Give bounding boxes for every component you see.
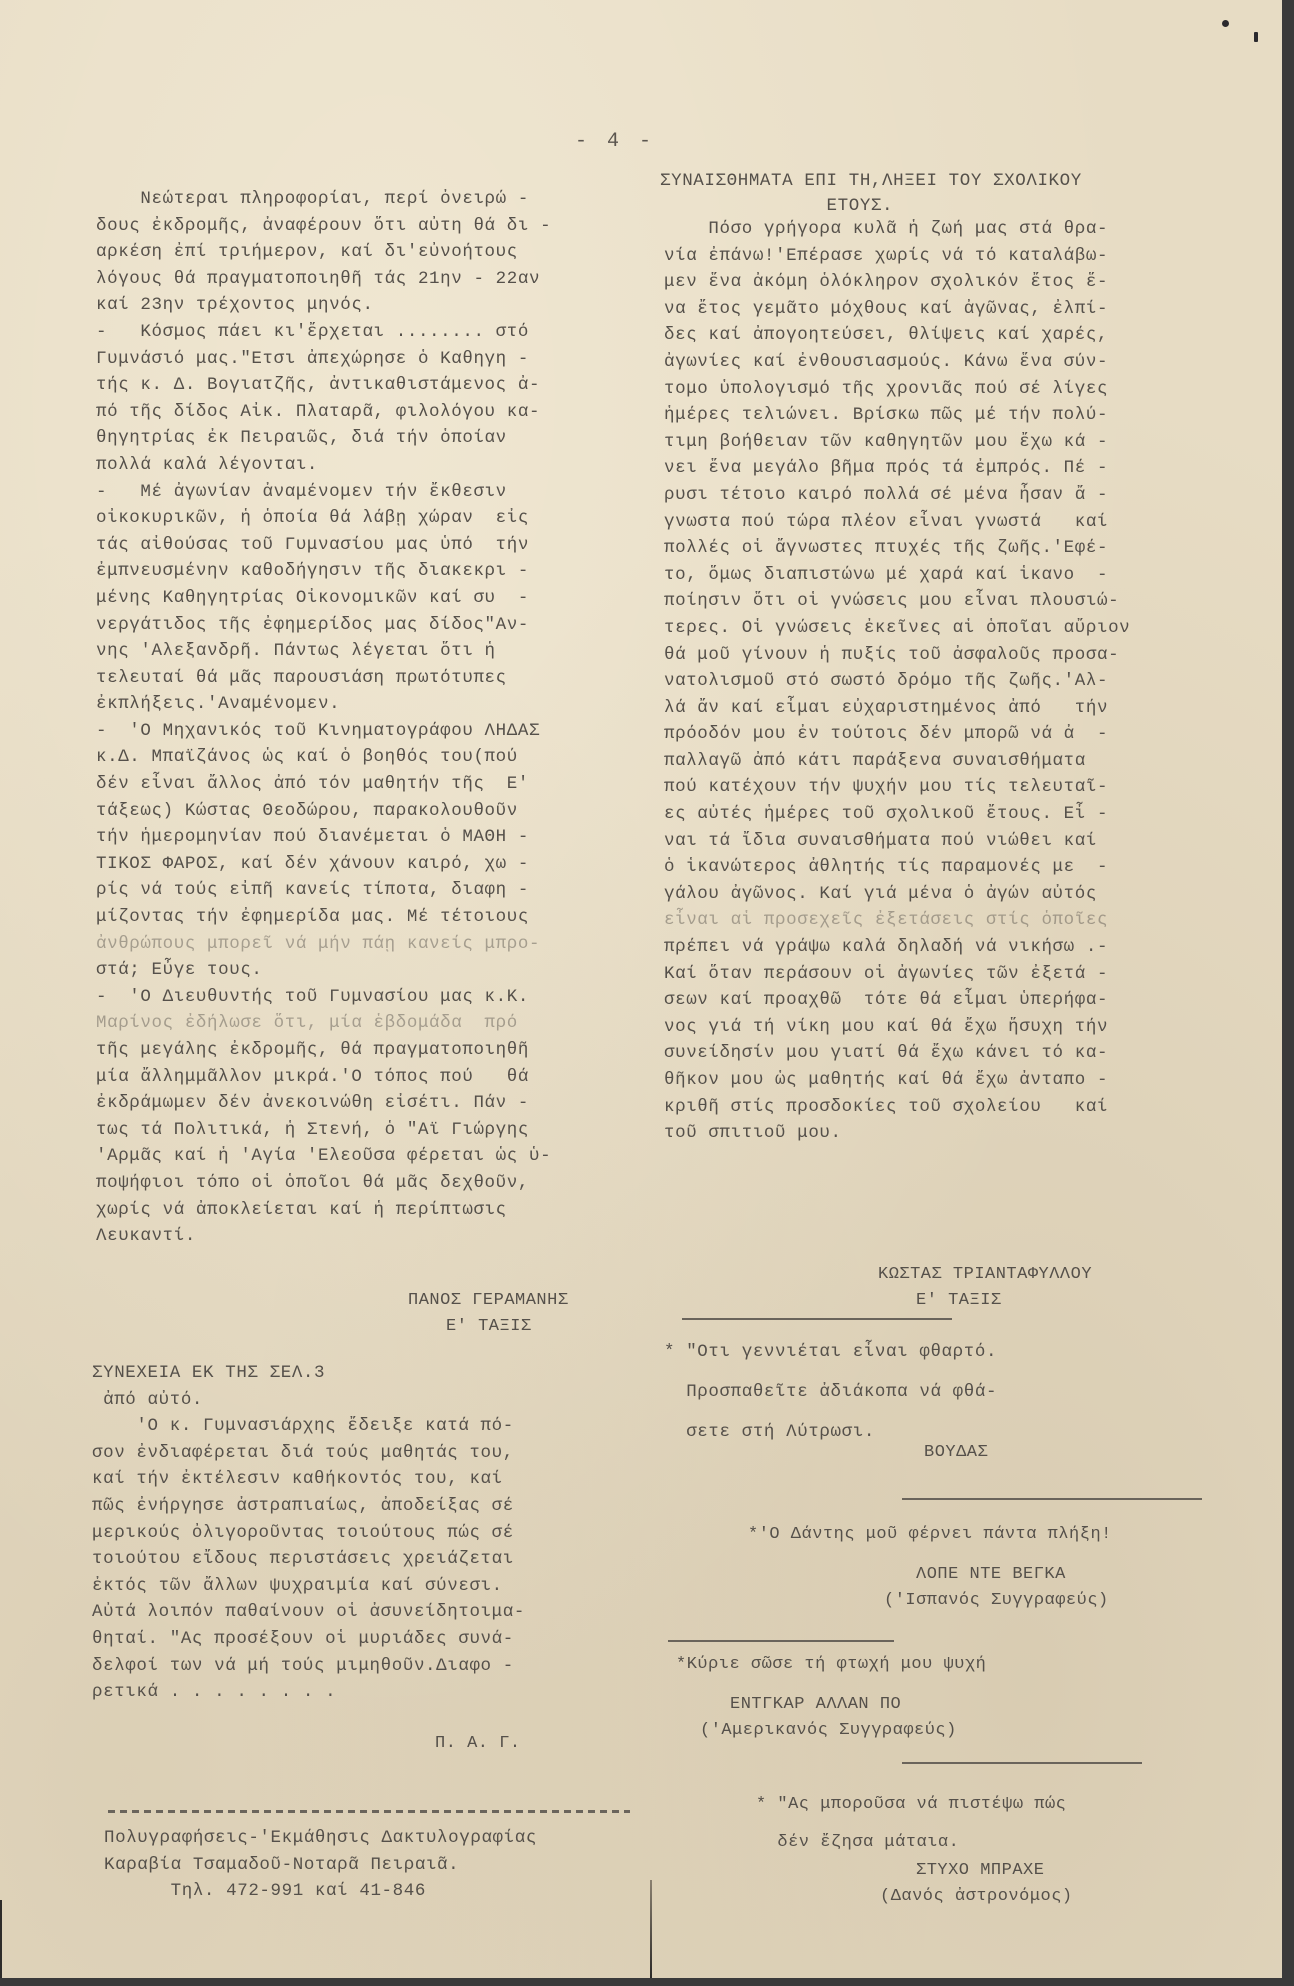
text-line: στά; Εὖγε τους. (96, 957, 636, 984)
text-line: 'Ο κ. Γυμνασιάρχης ἔδειξε κατά πό- (92, 1413, 632, 1440)
text-line: πού κατέχουν τήν ψυχήν μου τίς τελευταῖ- (664, 774, 1224, 801)
essay-title-line: ΣΥΝΑΙΣΘΗΜΑΤΑ ΕΠΙ ΤΗ,ΛΗΞΕΙ ΤΟΥ ΣΧΟΛΙΚΟΥ (660, 168, 1082, 195)
continuation-article: ΣΥΝΕΧΕΙΑ ΕΚ ΤΗΣ ΣΕΛ.3 ἀπό αὐτό. 'Ο κ. Γυ… (92, 1360, 632, 1706)
text-line: δελφοί των νά μή τούς μιμηθοῦν.Διαφο - (92, 1653, 632, 1680)
text-line: ες αὐτές ἡμέρες τοῦ σχολικοῦ ἔτους. Εἶ - (664, 801, 1224, 828)
page-number: - 4 - (575, 130, 655, 153)
text-line: ἐκτός τῶν ἄλλων ψυχραιμία καί σύνεσι. (92, 1573, 632, 1600)
essay-signature: ΚΩΣΤΑΣ ΤΡΙΑΝΤΑΦΥΛΛΟΥ Ε' ΤΑΞΙΣ (878, 1262, 1092, 1314)
text-line: τοῦ σπιτιοῦ μου. (664, 1120, 1224, 1147)
text-line: δους ἐκδρομῆς, ἀναφέρουν ὅτι αὐτη θά δι … (96, 213, 636, 240)
quote-author: ΣΤΥΧΟ ΜΠΡΑΧΕ (880, 1858, 1073, 1884)
paper-fold-mark (650, 1880, 652, 1978)
quote-buddha: * "Οτι γεννιέται εἶναι φθαρτό. Προσπαθεῖ… (664, 1332, 997, 1452)
text-line: τως τά Πολιτικά, ἡ Στενή, ὁ "Αϊ Γιώργης (96, 1117, 636, 1144)
quote-lope-de-vega: ΛΟΠΕ ΝΤΕ ΒΕΓΚΑ ('Ισπανός Συγγραφεύς) (884, 1562, 1109, 1614)
quote-author-note: (Δανός ἀστρονόμος) (880, 1884, 1073, 1910)
quote-author: ΛΟΠΕ ΝΤΕ ΒΕΓΚΑ (884, 1562, 1109, 1588)
text-line: να ἔτος γεμᾶτο μόχθους καί ἀγῶνας, ἐλπί- (664, 296, 1224, 323)
text-line: ἀπό αὐτό. (92, 1387, 632, 1414)
text-line: γνωστα πού τώρα πλέον εἶναι γνωστά καί (664, 509, 1224, 536)
text-line: μεν ἕνα ἀκόμη ὁλόκληρον σχολικόν ἔτος ἕ- (664, 269, 1224, 296)
quote-tycho-brahe: * "Ας μποροῦσα νά πιστέψω πώς δέν ἔζησα … (756, 1786, 1066, 1862)
quote-line: Προσπαθεῖτε ἀδιάκοπα νά φθά- (664, 1372, 997, 1412)
text-line: ναι τά ἴδια συναισθήματα πού νιώθει καί (664, 828, 1224, 855)
text-line: τήν ἡμερομηνίαν πού διανέμεται ὁ ΜΑΘΗ - (96, 824, 636, 851)
text-line: - Μέ ἀγωνίαν ἀναμένομεν τήν ἔκθεσιν (96, 479, 636, 506)
text-line: Λευκαντί. (96, 1223, 636, 1250)
text-line: θῆκον μου ὡς μαθητής καί θά ἔχω ἀνταπο - (664, 1067, 1224, 1094)
text-line: μία ἄλλημμᾶλλον μικρά.'Ο τόπος πού θά (96, 1064, 636, 1091)
quote-tycho-attribution: ΣΤΥΧΟ ΜΠΡΑΧΕ (Δανός ἀστρονόμος) (880, 1858, 1073, 1910)
essay-author-name: ΚΩΣΤΑΣ ΤΡΙΑΝΤΑΦΥΛΛΟΥ (878, 1262, 1092, 1288)
text-line: Γυμνάσιό μας."Ετσι ἀπεχώρησε ὁ Καθηγη - (96, 346, 636, 373)
text-line: αρκέση ἐπί τριήμερον, καί δι'εὐνοήτους (96, 239, 636, 266)
essay-title: ΣΥΝΑΙΣΘΗΜΑΤΑ ΕΠΙ ΤΗ,ΛΗΞΕΙ ΤΟΥ ΣΧΟΛΙΚΟΥ Ε… (660, 168, 1082, 217)
scanned-page: - 4 - Νεώτεραι πληροφορίαι, περί ὀνειρώ … (0, 0, 1282, 1978)
news-author-class: Ε' ΤΑΞΙΣ (408, 1314, 569, 1340)
text-line: ποίησιν ὅτι οἱ γνώσεις μου εἶναι πλουσιώ… (664, 588, 1224, 615)
text-line: καί 23ην τρέχοντος μηνός. (96, 292, 636, 319)
text-line: - Κόσμος πάει κι'ἔρχεται ........ στό (96, 319, 636, 346)
text-line: πρόοδόν μου ἐν τούτοις δέν μπορῶ νά ἀ - (664, 721, 1224, 748)
essay-title-line: ΕΤΟΥΣ. (660, 195, 1082, 217)
text-line: τελευταί θά μᾶς παρουσιάση πρωτότυπες (96, 665, 636, 692)
text-line: πολλά καλά λέγονται. (96, 452, 636, 479)
text-line: νεργάτιδος τῆς ἐφημερίδος μας δίδος"Αν- (96, 612, 636, 639)
paper-edge-mark (0, 1900, 2, 1978)
news-article: Νεώτεραι πληροφορίαι, περί ὀνειρώ -δους … (96, 186, 636, 1250)
text-line: εἶναι αἱ προσεχεῖς ἐξετάσεις στίς ὁποῖες (664, 907, 1224, 934)
continuation-signature: Π. Α. Γ. (435, 1731, 521, 1757)
ink-speck (1222, 20, 1229, 27)
text-line: τομο ὑπολογισμό τῆς χρονιᾶς πού σέ λίγες (664, 376, 1224, 403)
text-line: γάλου ἀγῶνος. Καί γιά μένα ὁ ἀγών αὐτός (664, 881, 1224, 908)
quote-author: ΒΟΥΔΑΣ (924, 1440, 988, 1466)
news-signature: ΠΑΝΟΣ ΓΕΡΑΜΑΝΗΣ Ε' ΤΑΞΙΣ (408, 1288, 569, 1340)
text-line: νία ἐπάνω!'Επέρασε χωρίς νά τό καταλάβω- (664, 243, 1224, 270)
quote-line: *Κύριε σῶσε τή φτωχή μου ψυχή (676, 1652, 986, 1678)
text-line: λόγους θά πραγματοποιηθῆ τάς 21ην - 22αν (96, 266, 636, 293)
text-line: σεων καί προαχθῶ τότε θά εἶμαι ὑπερήφα- (664, 987, 1224, 1014)
text-line: ρυσι τέτοιο καιρό πολλά σέ μένα ἦσαν ἄ - (664, 482, 1224, 509)
news-author-name: ΠΑΝΟΣ ΓΕΡΑΜΑΝΗΣ (408, 1288, 569, 1314)
text-line: τῆς μεγάλης ἐκδρομῆς, θά πραγματοποιηθῆ (96, 1037, 636, 1064)
text-line: πό τῆς δίδος Αἰκ. Πλαταρᾶ, φιλολόγου κα- (96, 399, 636, 426)
text-line: ἡμέρες τελιώνει. Βρίσκω πῶς μέ τήν πολύ- (664, 402, 1224, 429)
text-line: μερικούς ὀλιγοροῦντας τοιούτους πώς σέ (92, 1520, 632, 1547)
continuation-body: ἀπό αὐτό. 'Ο κ. Γυμνασιάρχης ἔδειξε κατά… (92, 1387, 632, 1706)
text-line: Μαρίνος ἐδήλωσε ὅτι, μία ἑβδομάδα πρό (96, 1010, 636, 1037)
text-line: νος γιά τή νίκη μου καί θά ἔχω ἥσυχη τήν (664, 1014, 1224, 1041)
text-line: τερες. Οἱ γνώσεις ἐκεῖνες αἱ ὁποῖαι αὔρι… (664, 615, 1224, 642)
text-line: Πόσο γρήγορα κυλᾶ ἡ ζωή μας στά θρα- (664, 216, 1224, 243)
text-line: ποψήφιοι τόπο οἱ ὁποῖοι θά μᾶς δεχθοῦν, (96, 1170, 636, 1197)
footer-line: Πολυγραφήσεις-'Εκμάθησις Δακτυλογραφίας (104, 1825, 537, 1852)
quote-author: ΕΝΤΓΚΑΡ ΑΛΛΑΝ ΠΟ (700, 1692, 957, 1718)
printer-footer: Πολυγραφήσεις-'Εκμάθησις Δακτυλογραφίας … (104, 1825, 537, 1905)
text-line: ρίς νά τούς εἰπῆ κανείς τίποτα, διαφη - (96, 877, 636, 904)
quote-line: * "Οτι γεννιέται εἶναι φθαρτό. (664, 1332, 997, 1372)
text-line: συνείδησίν μου γιατί θά ἔχω κάνει τό κα- (664, 1040, 1224, 1067)
text-line: ἐκπλήξεις.'Αναμένομεν. (96, 691, 636, 718)
text-line: θηγητρίας ἐκ Πειραιῶς, διά τήν ὁποίαν (96, 425, 636, 452)
text-line: θηταί. "Ας προσέξουν οἱ μυριάδες συνά- (92, 1626, 632, 1653)
text-line: ἐμπνευσμένην καθοδήγησιν τῆς διακεκρι - (96, 558, 636, 585)
text-line: δέν εἶναι ἄλλος ἀπό τόν μαθητήν τῆς Ε' (96, 771, 636, 798)
continuation-heading: ΣΥΝΕΧΕΙΑ ΕΚ ΤΗΣ ΣΕΛ.3 (92, 1360, 632, 1387)
text-line: κ.Δ. Μπαϊζάνος ὡς καί ὁ βοηθός του(πού (96, 744, 636, 771)
text-line: παλλαγῶ ἀπό κάτι παράξενα συναισθήματα (664, 748, 1224, 775)
text-line: σον ἐνδιαφέρεται διά τούς μαθητάς του, (92, 1440, 632, 1467)
text-line: οἰκοκυρικῶν, ἡ ὁποία θά λάβῃ χώραν εἰς (96, 505, 636, 532)
text-line: - 'Ο Μηχανικός τοῦ Κινηματογράφου ΛΗΔΑΣ (96, 718, 636, 745)
text-line: χωρίς νά ἀποκλείεται καί ἡ περίπτωσις (96, 1197, 636, 1224)
text-line: πολλές οἱ ἄγνωστες πτυχές τῆς ζωῆς.'Εφέ- (664, 535, 1224, 562)
text-line: ἐκδράμωμεν δέν ἀνεκοινώθη εἰσέτι. Πάν - (96, 1090, 636, 1117)
quote-line: * "Ας μποροῦσα νά πιστέψω πώς (756, 1786, 1066, 1824)
ink-speck (1254, 32, 1258, 42)
essay-body: Πόσο γρήγορα κυλᾶ ἡ ζωή μας στά θρα-νία … (664, 216, 1224, 1147)
text-line: 'Αρμᾶς καί ἡ 'Αγία 'Ελεοῦσα φέρεται ὡς ὑ… (96, 1143, 636, 1170)
text-line: ἀγωνίες καί ἐνθουσιασμούς. Κάνω ἕνα σύν- (664, 349, 1224, 376)
quote-author-note: ('Αμερικανός Συγγραφεύς) (700, 1718, 957, 1744)
text-line: κριθῆ στίς προσδοκίες τοῦ σχολείου καί (664, 1094, 1224, 1121)
essay-author-class: Ε' ΤΑΞΙΣ (878, 1288, 1092, 1314)
quote-edgar-allan-poe: ΕΝΤΓΚΑΡ ΑΛΛΑΝ ΠΟ ('Αμερικανός Συγγραφεύς… (700, 1692, 957, 1744)
text-line: πῶς ἐνήργησε ἀστραπιαίως, ἀποδείξας σέ (92, 1493, 632, 1520)
text-line: λά ἄν καί εἶμαι εὐχαριστημένος ἀπό τήν (664, 695, 1224, 722)
text-line: Αὐτά λοιπόν παθαίνουν οἱ ἀσυνείδητοιμα- (92, 1599, 632, 1626)
text-line: Νεώτεραι πληροφορίαι, περί ὀνειρώ - (96, 186, 636, 213)
text-line: δες καί ἀπογοητεύσει, θλίψεις καί χαρές, (664, 322, 1224, 349)
text-line: Καί ὅταν περάσουν οἱ ἀγωνίες τῶν ἐξετά - (664, 961, 1224, 988)
left-column: Νεώτεραι πληροφορίαι, περί ὀνειρώ -δους … (96, 186, 636, 1250)
quote-divider (668, 1640, 894, 1642)
text-line: νης 'Αλεξανδρῆ. Πάντως λέγεται ὅτι ἡ (96, 638, 636, 665)
footer-line: Καραβία Τσαμαδοῦ-Νοταρᾶ Πειραιᾶ. (104, 1852, 537, 1879)
text-line: καί τήν ἐκτέλεσιν καθήκοντός του, καί (92, 1466, 632, 1493)
text-line: τάς αἰθούσας τοῦ Γυμνασίου μας ὑπό τήν (96, 532, 636, 559)
text-line: το, ὅμως διαπιστώνω μέ χαρά καί ἱκανο - (664, 562, 1224, 589)
text-line: ΤΙΚΟΣ ΦΑΡΟΣ, καί δέν χάνουν καιρό, χω - (96, 851, 636, 878)
text-line: μένης Καθηγητρίας Οἰκονομικῶν καί συ - (96, 585, 636, 612)
text-line: τιμη βοήθειαν τῶν καθηγητῶν μου ἔχω κά - (664, 429, 1224, 456)
text-line: νατολισμοῦ στό σωστό δρόμο τῆς ζωῆς.'Αλ- (664, 668, 1224, 695)
footer-line: Τηλ. 472-991 καί 41-846 (104, 1878, 537, 1905)
text-line: πρέπει νά γράψω καλά δηλαδή νά νικήσω .- (664, 934, 1224, 961)
text-line: θά μοῦ γίνουν ἡ πυξίς τοῦ ἀσφαλοῦς προσα… (664, 642, 1224, 669)
text-line: ὁ ἱκανώτερος ἀθλητής τίς παραμονές με - (664, 854, 1224, 881)
footer-divider (108, 1810, 630, 1813)
quote-author-note: ('Ισπανός Συγγραφεύς) (884, 1588, 1109, 1614)
text-line: ρετικά . . . . . . . . (92, 1679, 632, 1706)
quote-divider (902, 1498, 1202, 1500)
text-line: μίζοντας τήν ἐφημερίδα μας. Μέ τέτοιους (96, 904, 636, 931)
text-line: τοιούτου εἴδους περιστάσεις χρειάζεται (92, 1546, 632, 1573)
quote-line: δέν ἔζησα μάταια. (756, 1824, 1066, 1862)
text-line: - 'Ο Διευθυντής τοῦ Γυμνασίου μας κ.Κ. (96, 984, 636, 1011)
quote-divider (902, 1762, 1142, 1764)
quote-line: *'Ο Δάντης μοῦ φέρνει πάντα πλήξη! (748, 1522, 1112, 1548)
text-line: τάξεως) Κώστας Θεοδώρου, παρακολουθοῦν (96, 798, 636, 825)
text-line: ἀνθρώπους μπορεῖ νά μήν πάῃ κανείς μπρο- (96, 931, 636, 958)
text-line: τής κ. Δ. Βογιατζῆς, ἀντικαθιστάμενος ἀ- (96, 372, 636, 399)
quote-divider (682, 1318, 952, 1320)
text-line: νει ἕνα μεγάλο βῆμα πρός τά ἐμπρός. Πέ - (664, 455, 1224, 482)
